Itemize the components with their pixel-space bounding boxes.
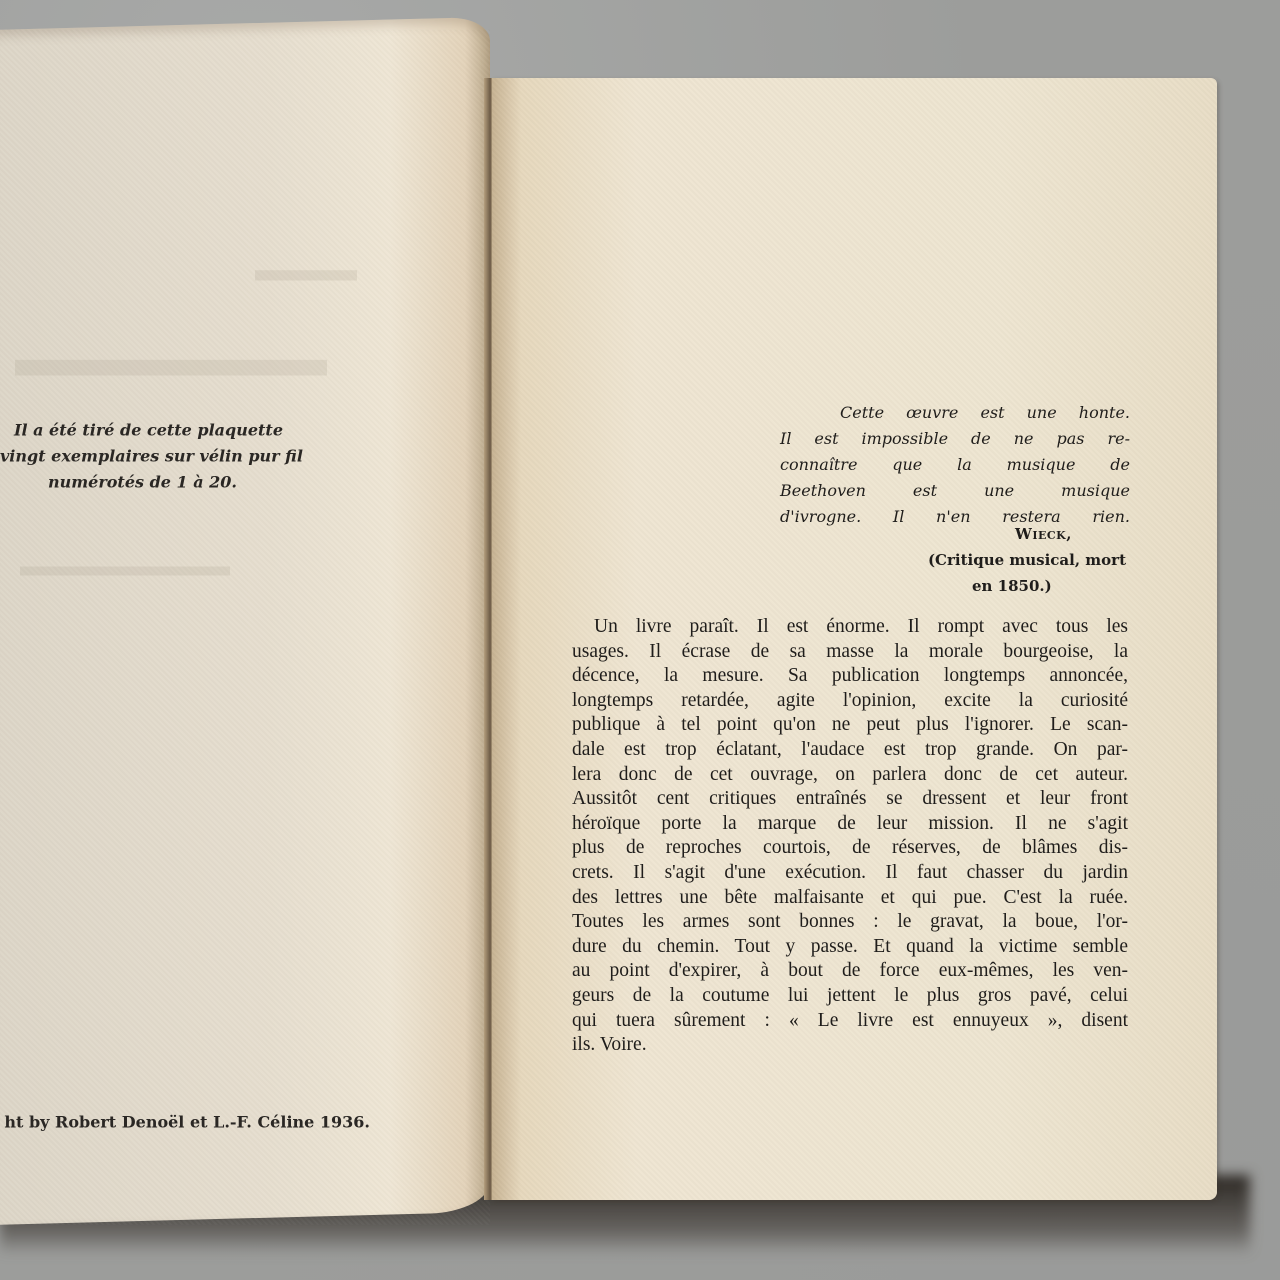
notice-line: vingt exemplaires sur vélin pur fil [0, 444, 302, 470]
left-page: ▬▬▬ ▬▬▬▬▬▬ ▬▬▬▬▬▬▬ Il a été tiré de cett… [0, 17, 490, 1225]
text-line: Toutes les armes sont bonnes : le gravat… [572, 910, 1128, 935]
bleed-through-mark: ▬▬▬▬▬▬▬ [20, 550, 230, 584]
epigraph-note: (Critique musical, mort [900, 547, 1130, 573]
text-line: au point d'expirer, à bout de force eux-… [572, 959, 1128, 984]
bleed-through-mark: ▬▬▬ [255, 252, 357, 290]
text-line: Un livre paraît. Il est énorme. Il rompt… [572, 615, 1128, 640]
epigraph-line: Il est impossible de ne pas re- [780, 426, 1130, 452]
text-line: décence, la mesure. Sa publication longt… [572, 664, 1128, 689]
text-line: qui tuera sûrement : « Le livre est ennu… [572, 1009, 1128, 1034]
paper-texture [0, 30, 490, 1225]
epigraph-line: connaître que la musique de [780, 452, 1130, 478]
epigraph-attribution: Wieck, (Critique musical, mort en 1850.) [900, 521, 1130, 599]
copyright-line: ht by Robert Denoël et L.-F. Céline 1936… [0, 1113, 370, 1132]
text-line: geurs de la coutume lui jettent le plus … [572, 984, 1128, 1009]
text-line: crets. Il s'agit d'une exécution. Il fau… [572, 861, 1128, 886]
notice-line: Il a été tiré de cette plaquette [0, 418, 300, 444]
text-line: usages. Il écrase de sa masse la morale … [572, 640, 1128, 665]
text-line: ils. Voire. [572, 1033, 1128, 1058]
text-line: dure du chemin. Tout y passe. Et quand l… [572, 935, 1128, 960]
text-line: Aussitôt cent critiques entraînés se dre… [572, 787, 1128, 812]
epigraph-author: Wieck, [900, 521, 1130, 547]
text-line: longtemps retardée, agite l'opinion, exc… [572, 689, 1128, 714]
text-line: des lettres une bête malfaisante et qui … [572, 886, 1128, 911]
text-line: dale est trop éclatant, l'audace est tro… [572, 738, 1128, 763]
epigraph-line: Cette œuvre est une honte. [780, 400, 1130, 426]
epigraph: Cette œuvre est une honte. Il est imposs… [780, 400, 1130, 530]
bleed-through-mark: ▬▬▬▬▬▬ [15, 330, 327, 389]
notice-line: numérotés de 1 à 20. [0, 470, 300, 496]
epigraph-note: en 1850.) [900, 573, 1130, 599]
text-line: héroïque porte la marque de leur mission… [572, 812, 1128, 837]
limited-edition-notice: Il a été tiré de cette plaquette vingt e… [0, 418, 300, 496]
body-paragraph: Un livre paraît. Il est énorme. Il rompt… [572, 615, 1128, 1058]
text-line: lera donc de cet ouvrage, on parlera don… [572, 763, 1128, 788]
epigraph-line: Beethoven est une musique [780, 478, 1130, 504]
text-line: publique à tel point qu'on ne peut plus … [572, 713, 1128, 738]
text-line: plus de reproches courtois, de réserves,… [572, 836, 1128, 861]
